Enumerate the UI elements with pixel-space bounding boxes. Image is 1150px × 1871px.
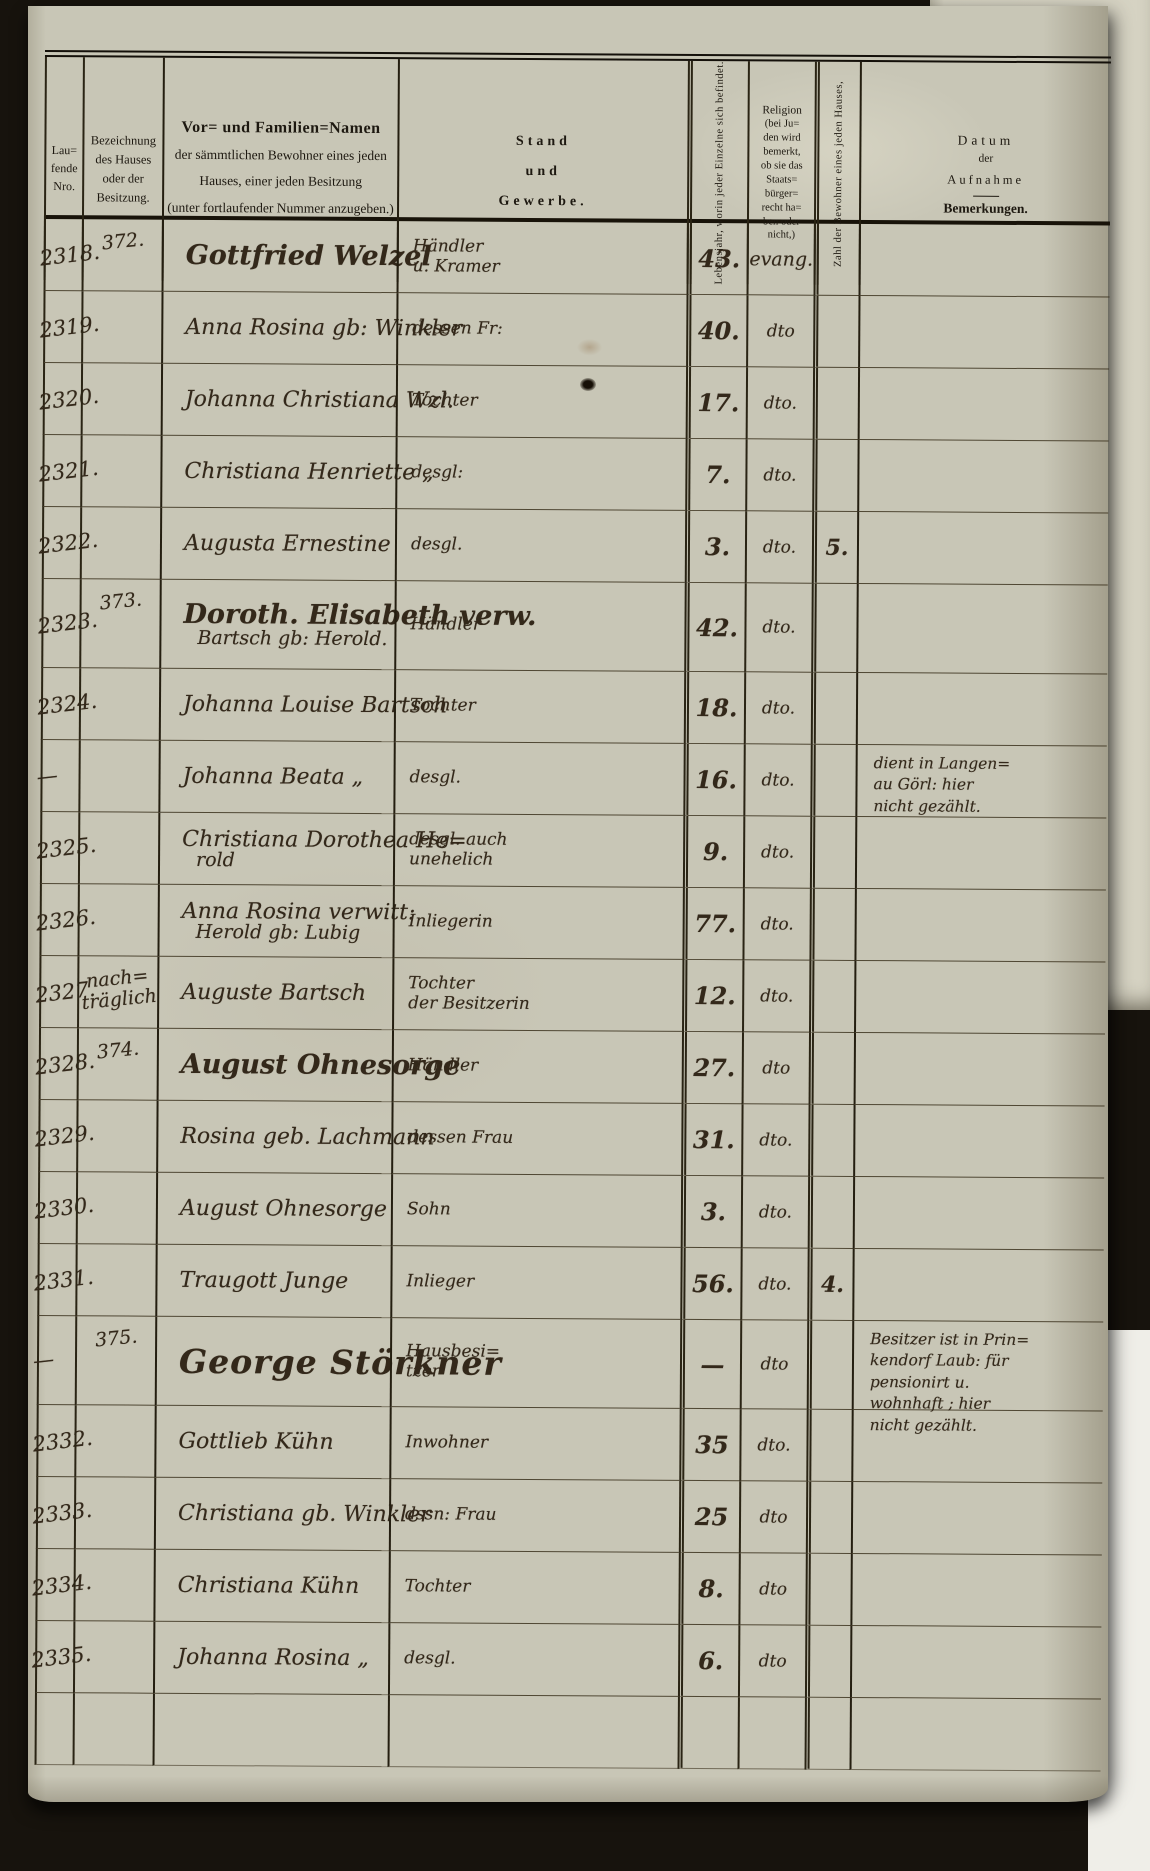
stand-value: Sohn [407,1200,681,1221]
scanned-register-page: Lau=fendeNro.Bezeichnungdes Hausesoder d… [0,0,1150,1871]
cell-bemerkungen [856,673,1107,747]
cell-stand-gewerbe: desgl. auchunehelich [393,814,683,888]
cell-name: Christiana Dorothea He=rold [158,813,393,886]
lebensjahr-value: 12. [694,981,736,1010]
cell-religion: dto. [743,816,810,888]
cell-bemerkungen [855,817,1106,891]
lebensjahr-value: — [700,1350,724,1379]
cell-bemerkungen [857,512,1108,586]
cell-bewohnerzahl [811,673,856,745]
stand-value: desgl. [411,535,685,556]
name-value: Johanna Louise Bartsch [183,692,394,718]
header-line: Bemerkungen. [943,200,1027,217]
cell-lebensjahr: 27. [682,1032,742,1104]
cell-stand-gewerbe: Händleru. Kramer [397,221,687,295]
lebensjahr-value: 40. [698,316,740,345]
header-line: (bei Ju= [765,118,800,131]
cell-haus-nr [76,1100,156,1172]
cell-haus-nr: 372. [82,219,162,291]
register-row: 2319.Anna Rosina gb: Winklerdessen Fr:40… [43,291,1109,370]
cell-bemerkungen [858,296,1109,370]
name-value: Augusta Ernestine [184,531,395,557]
header-line: Gewerbe. [498,187,587,217]
bemerkung-line: nicht gezählt. [870,1415,1101,1438]
cell-lebensjahr: 18. [684,672,744,744]
cell-name: George Störkner [155,1317,391,1407]
cell-laufende-nro: 2323. [41,579,80,668]
cell-name: Augusta Ernestine [160,508,395,581]
religion-value: dto [759,1651,787,1671]
cell-laufende-nro: 2325. [40,812,78,884]
cell-haus-nr [74,1477,154,1549]
cell-bewohnerzahl [813,296,858,368]
name-value: Rosina geb. Lachmann [180,1124,391,1150]
cell-bemerkungen [858,368,1109,442]
cell-lebensjahr: 7. [685,439,745,511]
cell-laufende-nro: 2318. [44,219,82,291]
cell-religion: dto. [744,672,811,744]
register-row: 2322.Augusta Ernestinedesgl.3.dto.5. [42,507,1108,586]
cell-laufende-nro [35,1693,73,1765]
stand-value: desgl: [411,463,685,484]
lebensjahr-value: 27. [693,1053,735,1082]
stand-value-line2: u. Kramer [413,257,687,278]
cell-religion: dto [739,1481,806,1553]
lebensjahr-value: 3. [705,532,730,561]
name-value: Christiana Kühn [178,1573,389,1599]
cell-lebensjahr: 35 [679,1409,739,1481]
cell-religion: evang. [747,223,814,295]
lebensjahr-value: 9. [703,837,728,866]
cell-laufende-nro: 2326. [39,884,77,956]
cell-religion: dto. [742,960,809,1032]
cell-bewohnerzahl: 5. [812,512,857,584]
cell-stand-gewerbe: Inlieger [390,1246,680,1320]
cell-name: Gottfried Welzel [162,220,397,293]
name-value-line2: rold [196,848,393,871]
cell-haus-nr [81,363,161,435]
header-line: und [525,157,561,187]
haus-nr-value: 373. [99,589,143,614]
cell-name: August Ohnesorge [156,1173,391,1246]
cell-stand-gewerbe: Tochter [388,1551,678,1625]
name-value: August Ohnesorge [180,1196,391,1222]
cell-laufende-nro: 2328. [39,1028,77,1100]
cell-stand-gewerbe: desgl. [388,1623,678,1697]
cell-bewohnerzahl [805,1554,850,1626]
register-row: 2327.nach= träglichAuguste BartschTochte… [39,956,1105,1035]
cell-haus-nr [78,740,158,812]
cell-bemerkungen [853,1177,1104,1251]
cell-lebensjahr: 77. [682,888,742,960]
cell-haus-nr [76,1172,156,1244]
cell-name: Traugott Junge [155,1245,390,1318]
religion-value: evang. [749,248,813,270]
header-line: des Hauses [95,150,151,168]
cell-haus-nr [73,1621,153,1693]
cell-haus-nr [78,812,158,884]
cell-bemerkungen [851,1482,1102,1556]
religion-value: dto. [758,1274,791,1294]
bemerkung-line: nicht gezählt. [873,796,1104,819]
register-row: 2331.Traugott JungeInlieger56.dto.4. [37,1244,1103,1323]
religion-value: dto. [761,914,794,934]
stand-value: dessen Fr: [412,319,686,340]
cell-haus-nr: 375. [75,1316,156,1405]
bemerkung-text: Besitzer ist in Prin=kendorf Laub: fürpe… [870,1329,1102,1437]
name-value: Christiana gb. Winkler [178,1501,389,1527]
register-row: 2335.Johanna Rosina „desgl.6.dto [35,1621,1101,1700]
cell-name: Anna Rosina gb: Winkler [161,292,396,365]
cell-bewohnerzahl [809,889,854,961]
religion-value: dto [760,1354,788,1374]
lebensjahr-value: 42. [696,612,738,641]
register-row: 2328.374.August OhnesorgeHändler27.dto [39,1028,1105,1107]
cell-name: Gottlieb Kühn [154,1406,389,1479]
cell-bemerkungen [857,440,1108,514]
cell-bewohnerzahl [805,1698,850,1770]
header-line: Lau= [52,142,78,160]
name-value: Johanna Beata „ [182,764,393,790]
header-line: Staats= [766,174,797,187]
cell-bemerkungen [854,889,1105,963]
religion-value: dto [760,1507,788,1527]
cell-religion: dto. [745,439,812,511]
cell-bewohnerzahl [806,1482,851,1554]
cell-religion: dto. [739,1409,806,1481]
cell-name: Johanna Louise Bartsch [159,669,394,742]
cell-lebensjahr: 31. [681,1104,741,1176]
name-value: Johanna Christiana Wzl. [185,387,396,413]
stand-value: Händler [413,237,687,258]
cell-bewohnerzahl [810,745,855,817]
header-line: oder der [103,170,144,188]
lebensjahr-value: 18. [696,693,738,722]
cell-haus-nr [80,507,160,579]
cell-stand-gewerbe: Inliegerin [392,886,682,960]
cell-bemerkungen: Besitzer ist in Prin=kendorf Laub: fürpe… [852,1321,1104,1412]
cell-religion: dto. [745,511,812,583]
stand-value: Inliegerin [409,912,683,933]
stand-value: Tochter [412,391,686,412]
laufende-nro-value: — [35,762,59,788]
header-line: den wird [763,132,800,145]
cell-stand-gewerbe: dssn: Frau [389,1479,679,1553]
paper-sheet: Lau=fendeNro.Bezeichnungdes Hausesoder d… [28,6,1108,1802]
cell-name: Doroth. Elisabeth verw.Bartsch gb: Herol… [159,580,395,670]
bemerkung-text: dient in Langen=au Görl: hiernicht gezäh… [873,753,1104,819]
cell-laufende-nro: 2329. [38,1100,76,1172]
religion-value: dto. [757,1435,790,1455]
stand-value: Händler [408,1056,682,1077]
cell-lebensjahr: 17. [686,367,746,439]
name-value: Gottlieb Kühn [178,1429,389,1455]
stand-value: desgl. [404,1649,678,1670]
cell-name: Johanna Beata „ [158,741,393,814]
name-value: Christiana Henriette „ [184,459,395,485]
cell-bewohnerzahl [807,1321,853,1410]
cell-laufende-nro: 2320. [43,363,81,435]
laufende-nro-value: — [32,1347,56,1373]
stand-value: Tochter [410,696,684,717]
stand-value-line2: tzer [406,1362,680,1383]
cell-name: Rosina geb. Lachmann [156,1101,391,1174]
cell-lebensjahr: 56. [680,1248,740,1320]
cell-laufende-nro: 2332. [36,1405,74,1477]
cell-lebensjahr: 25 [679,1481,739,1553]
cell-laufende-nro: 2334. [35,1549,73,1621]
header-line: Bezeichnung [91,131,156,150]
stand-value: desgl. auch [409,830,683,851]
name-value: George Störkner [179,1341,390,1381]
cell-religion: dto. [742,888,809,960]
religion-value: dto [759,1579,787,1599]
stand-value-line2: unehelich [409,850,683,871]
bemerkung-line: pensionirt u. [870,1372,1101,1395]
cell-religion: dto. [743,744,810,816]
name-value: Johanna Rosina „ [177,1645,388,1671]
cell-religion: dto. [741,1104,808,1176]
cell-laufende-nro: 2324. [41,668,79,740]
cell-haus-nr: 373. [79,579,160,668]
cell-bemerkungen [853,1105,1104,1179]
lebensjahr-value: 31. [693,1125,735,1154]
cell-lebensjahr [678,1697,738,1769]
cell-laufende-nro: 2321. [42,435,80,507]
cell-lebensjahr: — [680,1320,741,1409]
cell-bemerkungen [852,1249,1103,1323]
cell-religion: dto. [741,1176,808,1248]
register-row: 2325.Christiana Dorothea He=rolddesgl. a… [40,812,1106,891]
cell-religion: dto. [744,583,812,672]
haus-nr-value: nach= träglich [77,965,159,1014]
cell-bewohnerzahl [814,224,859,296]
cell-laufende-nro: — [40,740,78,812]
header-line: Besitzung. [96,189,149,207]
header-line: Stand [516,126,571,156]
cell-name [153,1694,388,1767]
cell-lebensjahr: 12. [682,960,742,1032]
name-value: August Ohnesorge [181,1049,392,1081]
haus-nr-value: 375. [94,1326,138,1351]
cell-name: Anna Rosina verwitt:Herold gb: Lubig [157,885,392,958]
table-header-row: Lau=fendeNro.Bezeichnungdes Hausesoder d… [44,50,1111,226]
cell-bewohnerzahl: 4. [807,1249,852,1321]
register-row: 2318.372.Gottfried WelzelHändleru. Krame… [44,219,1110,298]
cell-bewohnerzahl [809,1033,854,1105]
cell-haus-nr [81,291,161,363]
bemerkung-line: wohnhaft ; hier [870,1393,1101,1416]
name-value-line2: Herold gb: Lubig [196,920,393,943]
cell-religion [738,1697,805,1769]
cell-bemerkungen: dient in Langen=au Görl: hiernicht gezäh… [855,745,1106,819]
header-title: Vor= und Familien=Namen [182,119,381,138]
cell-bewohnerzahl [810,817,855,889]
cell-haus-nr: 374. [77,1028,157,1100]
lebensjahr-value: 6. [698,1646,723,1675]
cell-religion: dto [738,1553,805,1625]
cell-bewohnerzahl [806,1410,851,1482]
name-value: Anna Rosina gb: Winkler [185,315,396,341]
cell-haus-nr [79,668,159,740]
religion-value: dto [762,1058,790,1078]
religion-value: dto. [762,617,795,637]
bewohnerzahl-value: 5. [825,534,848,560]
header-line: Religion [762,103,802,117]
cell-stand-gewerbe: Hausbesi=tzer [390,1318,681,1409]
bewohnerzahl-value: 4. [821,1271,844,1297]
cell-bemerkungen [856,584,1108,675]
cell-laufende-nro: 2333. [36,1477,74,1549]
header-line: Datum [958,132,1015,148]
stand-value: Händler [410,615,684,636]
religion-value: dto. [763,465,796,485]
religion-value: dto. [760,986,793,1006]
haus-nr-value: 372. [101,229,145,254]
cell-stand-gewerbe: Sohn [391,1174,681,1248]
cell-stand-gewerbe: desgl. [395,509,685,583]
cell-stand-gewerbe: Händler [394,581,685,672]
lebensjahr-value: 25 [695,1502,729,1531]
cell-bemerkungen [850,1698,1101,1772]
cell-lebensjahr: 9. [683,816,743,888]
cell-bemerkungen [854,961,1105,1035]
stand-value: dessen Frau [407,1128,681,1149]
bemerkung-line: au Görl: hier [873,774,1104,797]
header-line: Hauses, einer jeden Besitzung [199,168,362,195]
name-value: Gottfried Welzel [186,240,397,272]
cell-stand-gewerbe: desgl. [393,742,683,816]
register-row: 2330.August OhnesorgeSohn3.dto. [38,1172,1104,1251]
cell-lebensjahr: 40. [686,295,746,367]
cell-laufende-nro: 2327. [39,956,77,1028]
lebensjahr-value: 56. [692,1269,734,1298]
bemerkung-line: Besitzer ist in Prin= [870,1329,1101,1352]
lebensjahr-value: 3. [701,1197,726,1226]
lebensjahr-value: 17. [697,388,739,417]
cell-religion: dto [740,1320,808,1409]
cell-name: Christiana Kühn [153,1550,388,1623]
cell-lebensjahr: 6. [678,1625,738,1697]
header-line: bemerkt, [763,146,800,159]
cell-name: Johanna Christiana Wzl. [161,364,396,437]
cell-stand-gewerbe: Tochterder Besitzerin [392,958,682,1032]
cell-lebensjahr: 16. [683,744,743,816]
stand-value: Hausbesi= [406,1343,680,1364]
cell-stand-gewerbe: Tochter [394,670,684,744]
cell-bemerkungen [850,1626,1101,1700]
stand-value: Tochter [408,974,682,995]
cell-name: Johanna Rosina „ [153,1622,388,1695]
stand-value: Inlieger [406,1272,680,1293]
cell-religion: dto [742,1032,809,1104]
header-line: der [978,150,993,170]
cell-lebensjahr: 3. [685,511,745,583]
cell-stand-gewerbe: Händler [392,1030,682,1104]
haus-nr-value: 374. [96,1038,140,1063]
religion-value: dto [767,321,795,341]
stand-value: desgl. [410,768,684,789]
header-line: der sämmtlichen Bewohner eines jeden [175,142,387,169]
cell-religion: dto. [740,1248,807,1320]
religion-value: dto. [762,698,795,718]
register-row: 2329.Rosina geb. Lachmanndessen Frau31.d… [38,1100,1104,1179]
cell-bewohnerzahl [812,440,857,512]
lebensjahr-value: 43. [698,244,740,273]
cell-laufende-nro: 2331. [37,1244,75,1316]
cell-stand-gewerbe: desgl: [395,437,685,511]
register-table: Lau=fendeNro.Bezeichnungdes Hausesoder d… [35,50,1111,1771]
name-value: Auguste Bartsch [181,980,392,1006]
cell-religion: dto [746,295,813,367]
lebensjahr-value: 35 [695,1430,729,1459]
register-row: 2323.373.Doroth. Elisabeth verw.Bartsch … [41,579,1108,675]
cell-name: Christiana gb. Winkler [154,1478,389,1551]
religion-value: dto. [761,842,794,862]
stand-value: Inwohner [405,1433,679,1454]
cell-bewohnerzahl [808,1105,853,1177]
cell-religion: dto [738,1625,805,1697]
bemerkung-line: dient in Langen= [874,753,1105,776]
cell-bemerkungen [854,1033,1105,1107]
cell-bemerkungen [850,1554,1101,1628]
lebensjahr-value: 8. [698,1574,723,1603]
cell-lebensjahr: 42. [684,583,745,672]
cell-bewohnerzahl [808,1177,853,1249]
cell-name: August Ohnesorge [157,1029,392,1102]
cell-religion: dto. [746,367,813,439]
header-line: (unter fortlaufender Nummer anzugeben.) [167,195,394,222]
register-row: 2334.Christiana KühnTochter8.dto [35,1549,1101,1628]
lebensjahr-value: 7. [705,460,730,489]
register-row: 2321.Christiana Henriette „desgl:7.dto. [42,435,1108,514]
name-value-line2: Bartsch gb: Herold. [197,627,394,650]
register-row: 2320.Johanna Christiana Wzl.Tochter17.dt… [43,363,1109,442]
cell-stand-gewerbe: dessen Frau [391,1102,681,1176]
cell-bewohnerzahl [813,368,858,440]
header-line: ob sie das [761,160,803,173]
table-body: 2318.372.Gottfried WelzelHändleru. Krame… [35,219,1110,1771]
header-divider [973,195,999,196]
header-line: Aufnahme [947,170,1024,192]
header-line: Nro. [53,178,75,196]
cell-name: Auguste Bartsch [157,957,392,1030]
cell-name: Christiana Henriette „ [160,436,395,509]
cell-haus-nr [77,884,157,956]
stand-value: dssn: Frau [405,1505,679,1526]
cell-bewohnerzahl [805,1626,850,1698]
header-line: recht ha= [762,202,802,215]
cell-lebensjahr: 43. [687,223,747,295]
cell-haus-nr [74,1405,154,1477]
religion-value: dto. [759,1130,792,1150]
cell-haus-nr [75,1244,155,1316]
register-row: 2333.Christiana gb. Winklerdssn: Frau25d… [36,1477,1102,1556]
stand-value-line2: der Besitzerin [408,994,682,1015]
cell-laufende-nro: 2330. [38,1172,76,1244]
cell-stand-gewerbe: Inwohner [389,1407,679,1481]
header-line: fende [51,160,78,178]
cell-bewohnerzahl [811,584,857,673]
register-row: 2326.Anna Rosina verwitt:Herold gb: Lubi… [39,884,1105,963]
lebensjahr-value: 77. [694,909,736,938]
stand-value: Tochter [405,1577,679,1598]
cell-haus-nr [73,1549,153,1621]
cell-lebensjahr: 3. [681,1176,741,1248]
register-row: —375.George StörknerHausbesi=tzer—dtoBes… [37,1316,1104,1412]
register-row: 2324.Johanna Louise BartschTochter18.dto… [41,668,1107,747]
register-row [35,1693,1101,1772]
